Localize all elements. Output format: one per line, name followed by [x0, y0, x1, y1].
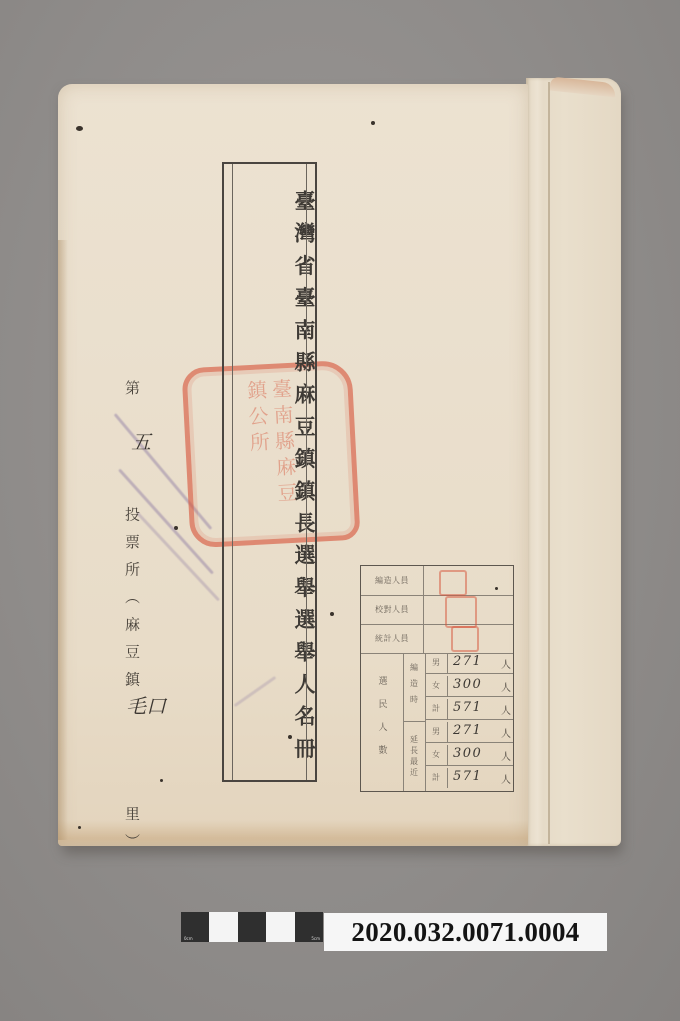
title-frame: 臺灣省臺南縣麻豆鎮鎮長選舉選舉人名冊	[222, 162, 317, 782]
count-value: 300	[453, 746, 482, 761]
count-unit: 人	[501, 656, 511, 671]
count-unit: 人	[501, 748, 511, 763]
count-row: 計 571 人	[425, 699, 513, 720]
staff-row-label: 統計人員	[361, 624, 424, 653]
side-label-suffix: 里）	[123, 806, 141, 861]
voter-statistics-table: 編造人員 校對人員 統計人員 選民人數 編造時 延長最近 男 271 人 女 3…	[360, 565, 514, 792]
sex-label: 男	[425, 653, 448, 673]
count-row: 計 571 人	[425, 768, 513, 788]
count-unit: 人	[501, 702, 511, 717]
count-unit: 人	[501, 771, 511, 786]
count-row: 女 300 人	[425, 745, 513, 766]
count-value: 571	[453, 769, 482, 784]
staff-row: 編造人員	[361, 566, 513, 596]
scale-label-start: 0cm	[184, 936, 193, 941]
document-spine	[526, 78, 621, 846]
ink-speck	[330, 612, 334, 616]
small-red-seal	[439, 570, 467, 596]
sex-label: 計	[425, 768, 448, 788]
count-value: 271	[453, 723, 482, 738]
scale-segment	[238, 912, 266, 942]
sex-label: 女	[425, 676, 448, 696]
scale-segment	[209, 912, 237, 942]
side-label-body: 投票所（麻豆鎮	[123, 507, 141, 700]
sex-label: 男	[425, 722, 448, 742]
spine-fold-line	[548, 82, 550, 844]
scale-bar: 0cm 5cm	[181, 912, 323, 942]
staff-row-label: 編造人員	[361, 566, 424, 595]
staff-row: 校對人員	[361, 595, 513, 625]
ink-speck	[78, 826, 81, 829]
ink-speck	[371, 121, 375, 125]
sex-label: 計	[425, 699, 448, 719]
count-value: 271	[453, 654, 482, 669]
count-row: 男 271 人	[425, 722, 513, 743]
document-title: 臺灣省臺南縣麻豆鎮鎮長選舉選舉人名冊	[224, 190, 315, 770]
count-row: 女 300 人	[425, 676, 513, 697]
section-label-latest: 延長最近	[403, 722, 426, 791]
ink-speck	[76, 126, 83, 131]
voter-count-group-label: 選民人數	[361, 653, 404, 791]
side-label-prefix: 第	[123, 380, 141, 408]
count-rows: 男 271 人 女 300 人 計 571 人 男 271 人 女 300 人 …	[425, 653, 513, 793]
scale-segment	[266, 912, 294, 942]
small-red-seal	[451, 626, 479, 652]
handwritten-village-name: 毛口	[126, 690, 166, 719]
section-label-compiled: 編造時	[403, 653, 426, 722]
staff-row: 統計人員	[361, 624, 513, 654]
count-value: 571	[453, 700, 482, 715]
count-value: 300	[453, 677, 482, 692]
handwritten-station-number: 五	[131, 426, 151, 455]
sex-label: 女	[425, 745, 448, 765]
accession-number-label: 2020.032.0071.0004	[324, 913, 607, 951]
ink-speck	[160, 779, 163, 782]
count-unit: 人	[501, 725, 511, 740]
count-row: 男 271 人	[425, 653, 513, 674]
scale-label-end: 5cm	[311, 936, 320, 941]
small-red-seal	[445, 596, 477, 628]
cover-stained-edge	[58, 240, 68, 840]
count-unit: 人	[501, 679, 511, 694]
staff-row-label: 校對人員	[361, 595, 424, 624]
